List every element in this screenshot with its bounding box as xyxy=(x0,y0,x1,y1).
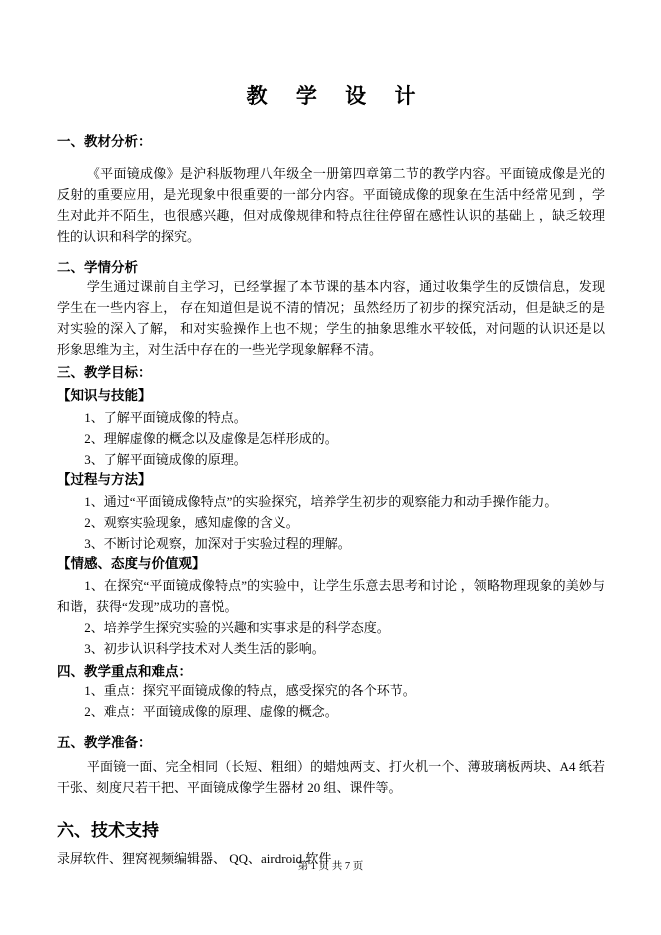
document-content: 教 学 设 计 一、教材分析： 《平面镜成像》是沪科版物理八年级全一册第四章第二… xyxy=(0,0,661,869)
section-2-paragraph: 学生通过课前自主学习，已经掌握了本节课的基本内容，通过收集学生的反馈信息，发现学… xyxy=(57,276,605,360)
section-1-paragraph: 《平面镜成像》是沪科版物理八年级全一册第四章第二节的教学内容。平面镜成像是光的反… xyxy=(57,163,605,247)
knowledge-item-2: 2、理解虚像的概念以及虚像是怎样形成的。 xyxy=(57,428,605,449)
process-item-2: 2、观察实验现象，感知虚像的含义。 xyxy=(57,512,605,533)
knowledge-item-1: 1、了解平面镜成像的特点。 xyxy=(57,407,605,428)
section-1-heading: 一、教材分析： xyxy=(57,134,605,150)
process-item-1: 1、通过“平面镜成像特点”的实验探究，培养学生初步的观察能力和动手操作能力。 xyxy=(57,491,605,512)
document-page: 教 学 设 计 一、教材分析： 《平面镜成像》是沪科版物理八年级全一册第四章第二… xyxy=(0,0,661,935)
section-5-heading: 五、教学准备： xyxy=(57,735,605,751)
process-methods-heading: 【过程与方法】 xyxy=(57,470,605,491)
emotion-values-heading: 【情感、态度与价值观】 xyxy=(57,554,605,575)
document-title: 教 学 设 计 xyxy=(69,84,605,108)
emotion-item-2: 2、培养学生探究实验的兴趣和实事求是的科学态度。 xyxy=(57,617,605,638)
section-3-heading: 三、教学目标： xyxy=(57,365,605,381)
page-number-footer: 第 1 页 共 7 页 xyxy=(0,858,661,873)
knowledge-item-3: 3、了解平面镜成像的原理。 xyxy=(57,449,605,470)
section-6-heading: 六、技术支持 xyxy=(57,820,605,842)
key-point-item: 1、重点：探究平面镜成像的特点，感受探究的各个环节。 xyxy=(57,680,605,701)
emotion-item-3: 3、初步认识科学技术对人类生活的影响。 xyxy=(57,638,605,659)
emotion-item-1: 1、在探究“平面镜成像特点”的实验中，让学生乐意去思考和讨论 ，领略物理现象的美… xyxy=(57,575,605,617)
section-5-paragraph: 平面镜一面、完全相同（长短、粗细）的蜡烛两支、打火机一个、薄玻璃板两块、A4 纸… xyxy=(57,756,605,798)
knowledge-skills-heading: 【知识与技能】 xyxy=(57,386,605,407)
section-4-heading: 四、教学重点和难点： xyxy=(57,664,605,680)
difficult-point-item: 2、难点：平面镜成像的原理、虚像的概念。 xyxy=(57,701,605,722)
process-item-3: 3、不断讨论观察，加深对于实验过程的理解。 xyxy=(57,533,605,554)
section-2-heading: 二、学情分析 xyxy=(57,260,605,276)
